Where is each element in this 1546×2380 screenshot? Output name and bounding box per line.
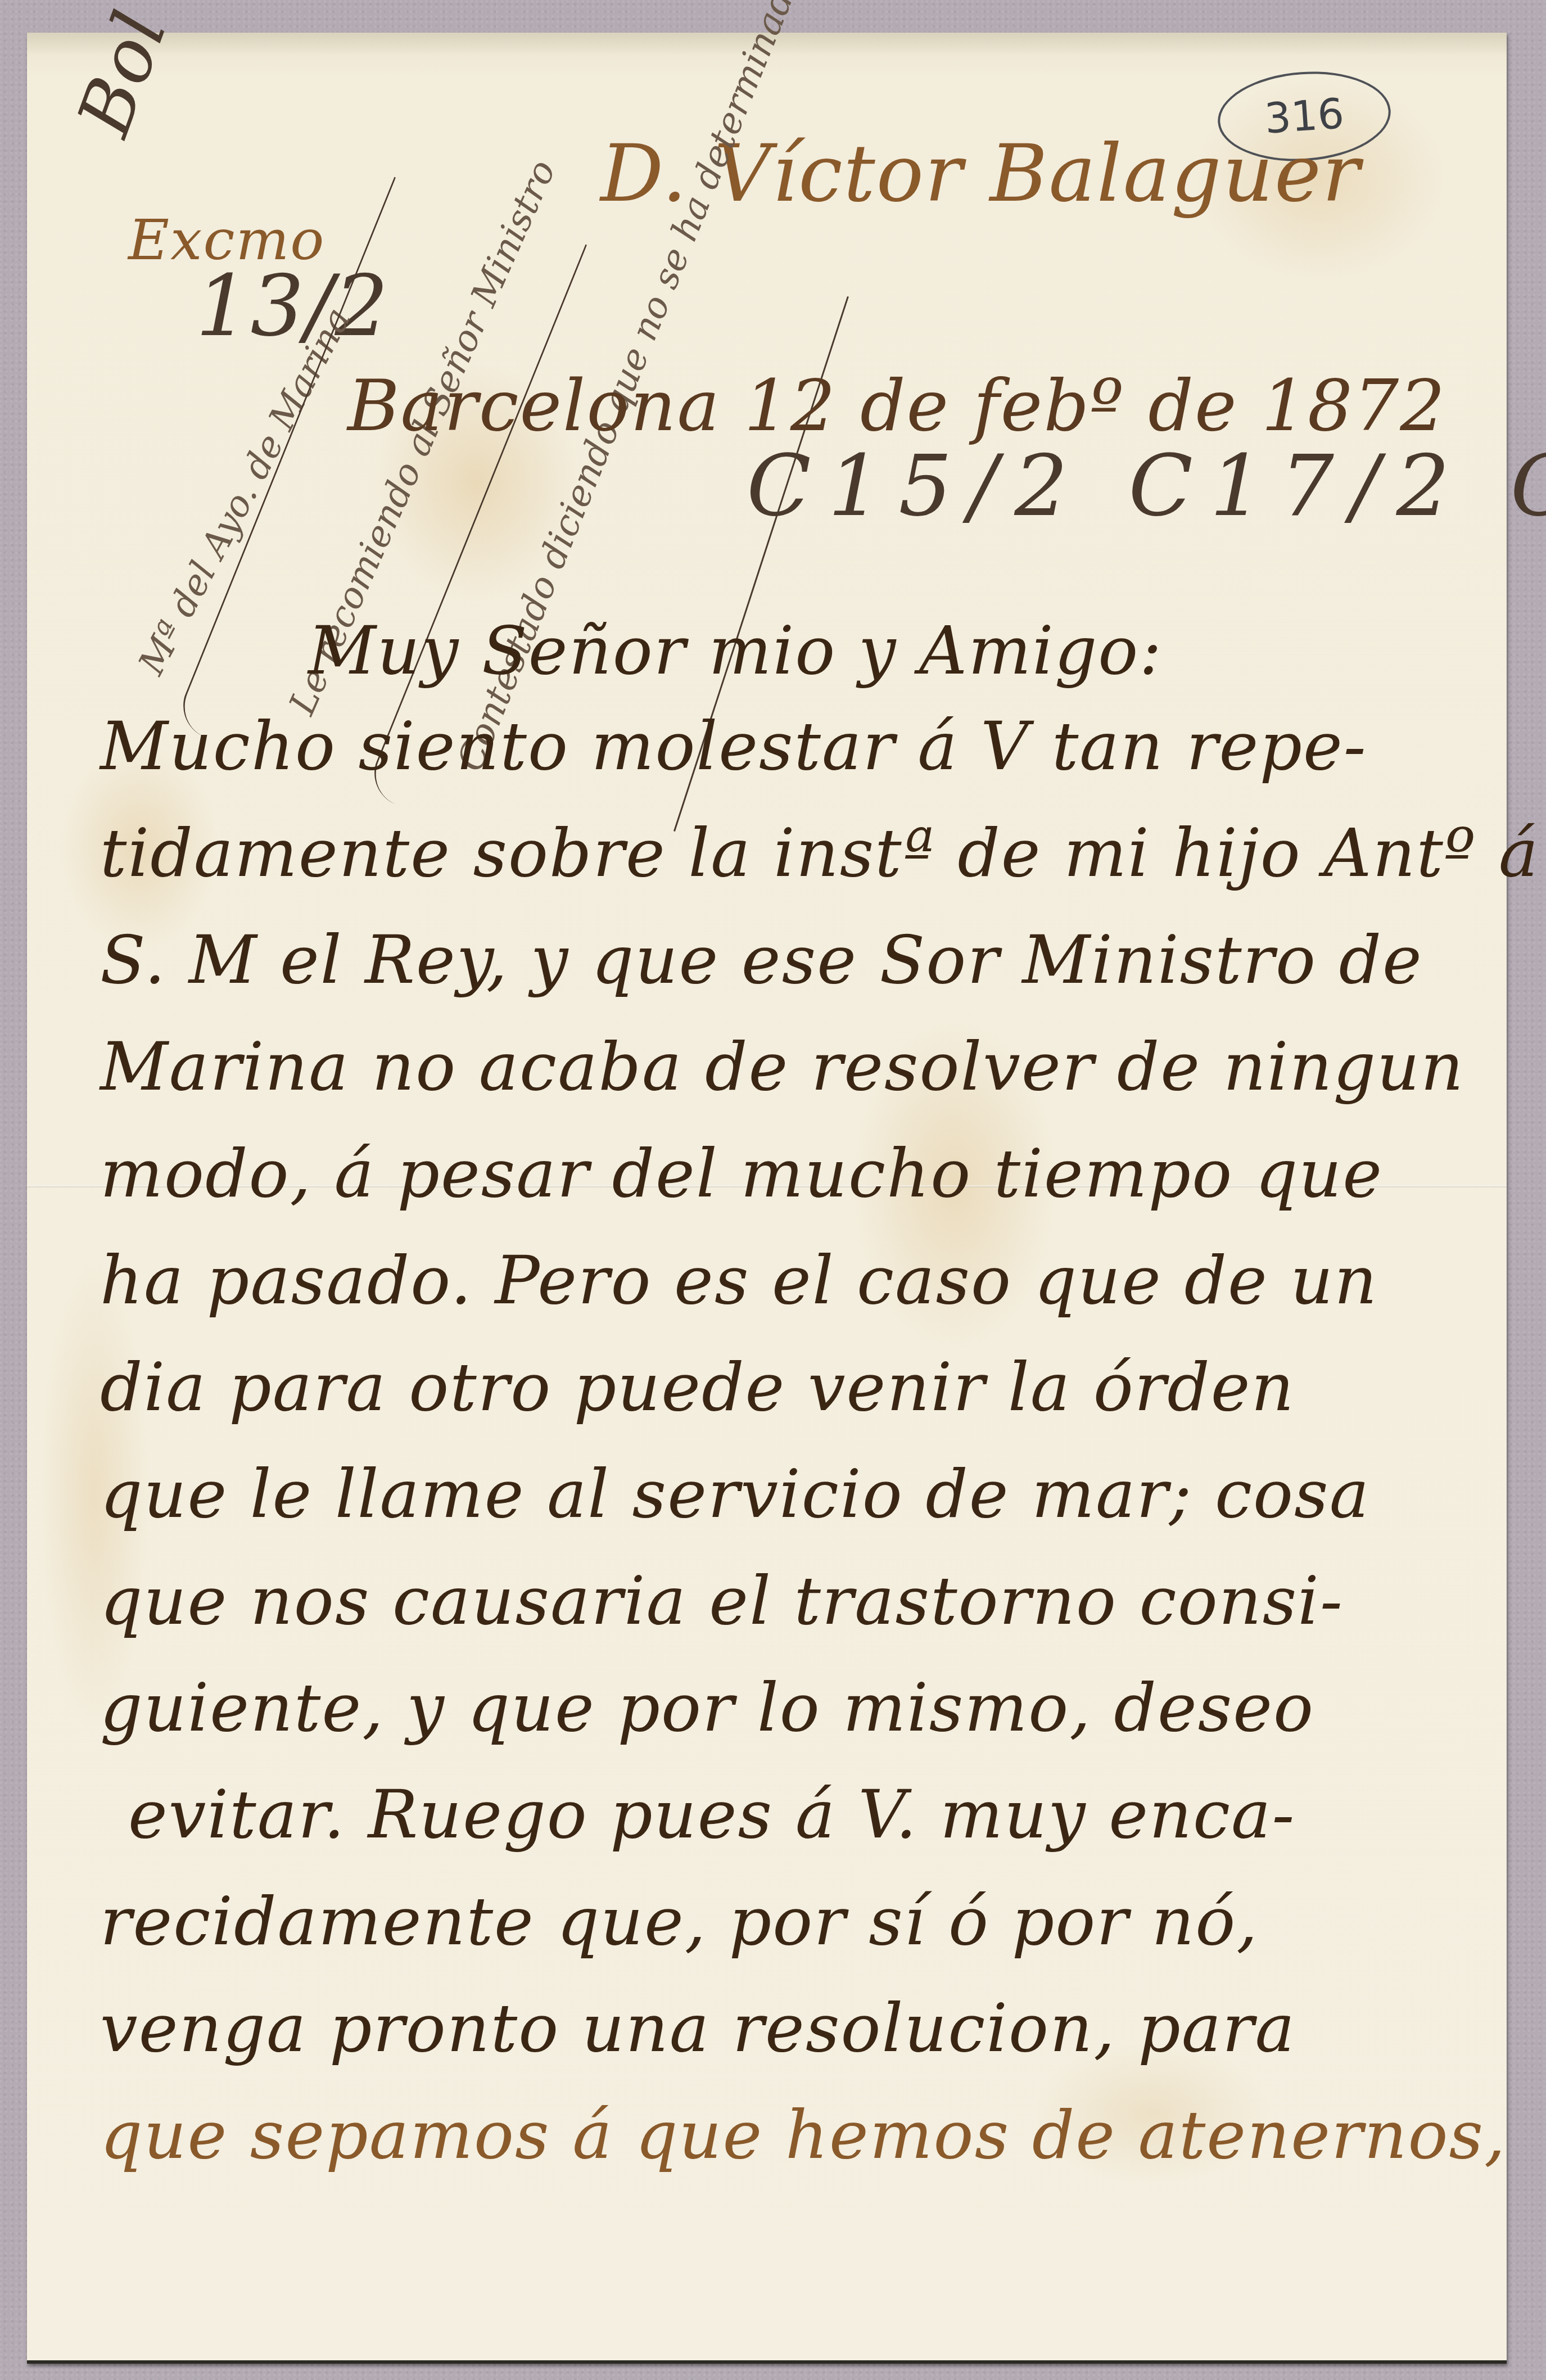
body-line: que nos causaria el trastorno consi-: [100, 1562, 1344, 1640]
cipher-marks: C15/2 C17/2 C1/3: [747, 437, 1546, 535]
body-line: guiente, y que por lo mismo, deseo: [100, 1669, 1314, 1746]
body-line: tidamente sobre la instª de mi hijo Antº…: [100, 814, 1539, 892]
body-line: Mucho siento molestar á V tan repe-: [100, 707, 1367, 785]
body-line: modo, á pesar del mucho tiempo que: [100, 1135, 1383, 1212]
body-line: evitar. Ruego pues á V. muy enca-: [128, 1776, 1295, 1853]
place-date: Barcelona 12 de febº de 1872: [347, 364, 1446, 447]
margin-note-top-left: Bol: [61, 0, 184, 146]
body-line: venga pronto una resolucion, para: [100, 1989, 1296, 2067]
body-line: Marina no acaba de resolver de ningun: [100, 1028, 1464, 1105]
letter-page: 316 Bol Excmo 13/2 D. Víctor Balaguer Mª…: [27, 33, 1507, 2364]
body-line: que sepamos á que hemos de atenernos,: [100, 2096, 1507, 2174]
body-line: dia para otro puede venir la órden: [100, 1348, 1295, 1426]
body-line: S. M el Rey, y que ese Sor Ministro de: [100, 921, 1423, 999]
salutation: Muy Señor mio y Amigo:: [308, 612, 1163, 689]
body-line: que le llame al servicio de mar; cosa: [100, 1455, 1370, 1533]
body-line: ha pasado. Pero es el caso que de un: [100, 1241, 1378, 1319]
body-line: recidamente que, por sí ó por nó,: [100, 1882, 1259, 1960]
